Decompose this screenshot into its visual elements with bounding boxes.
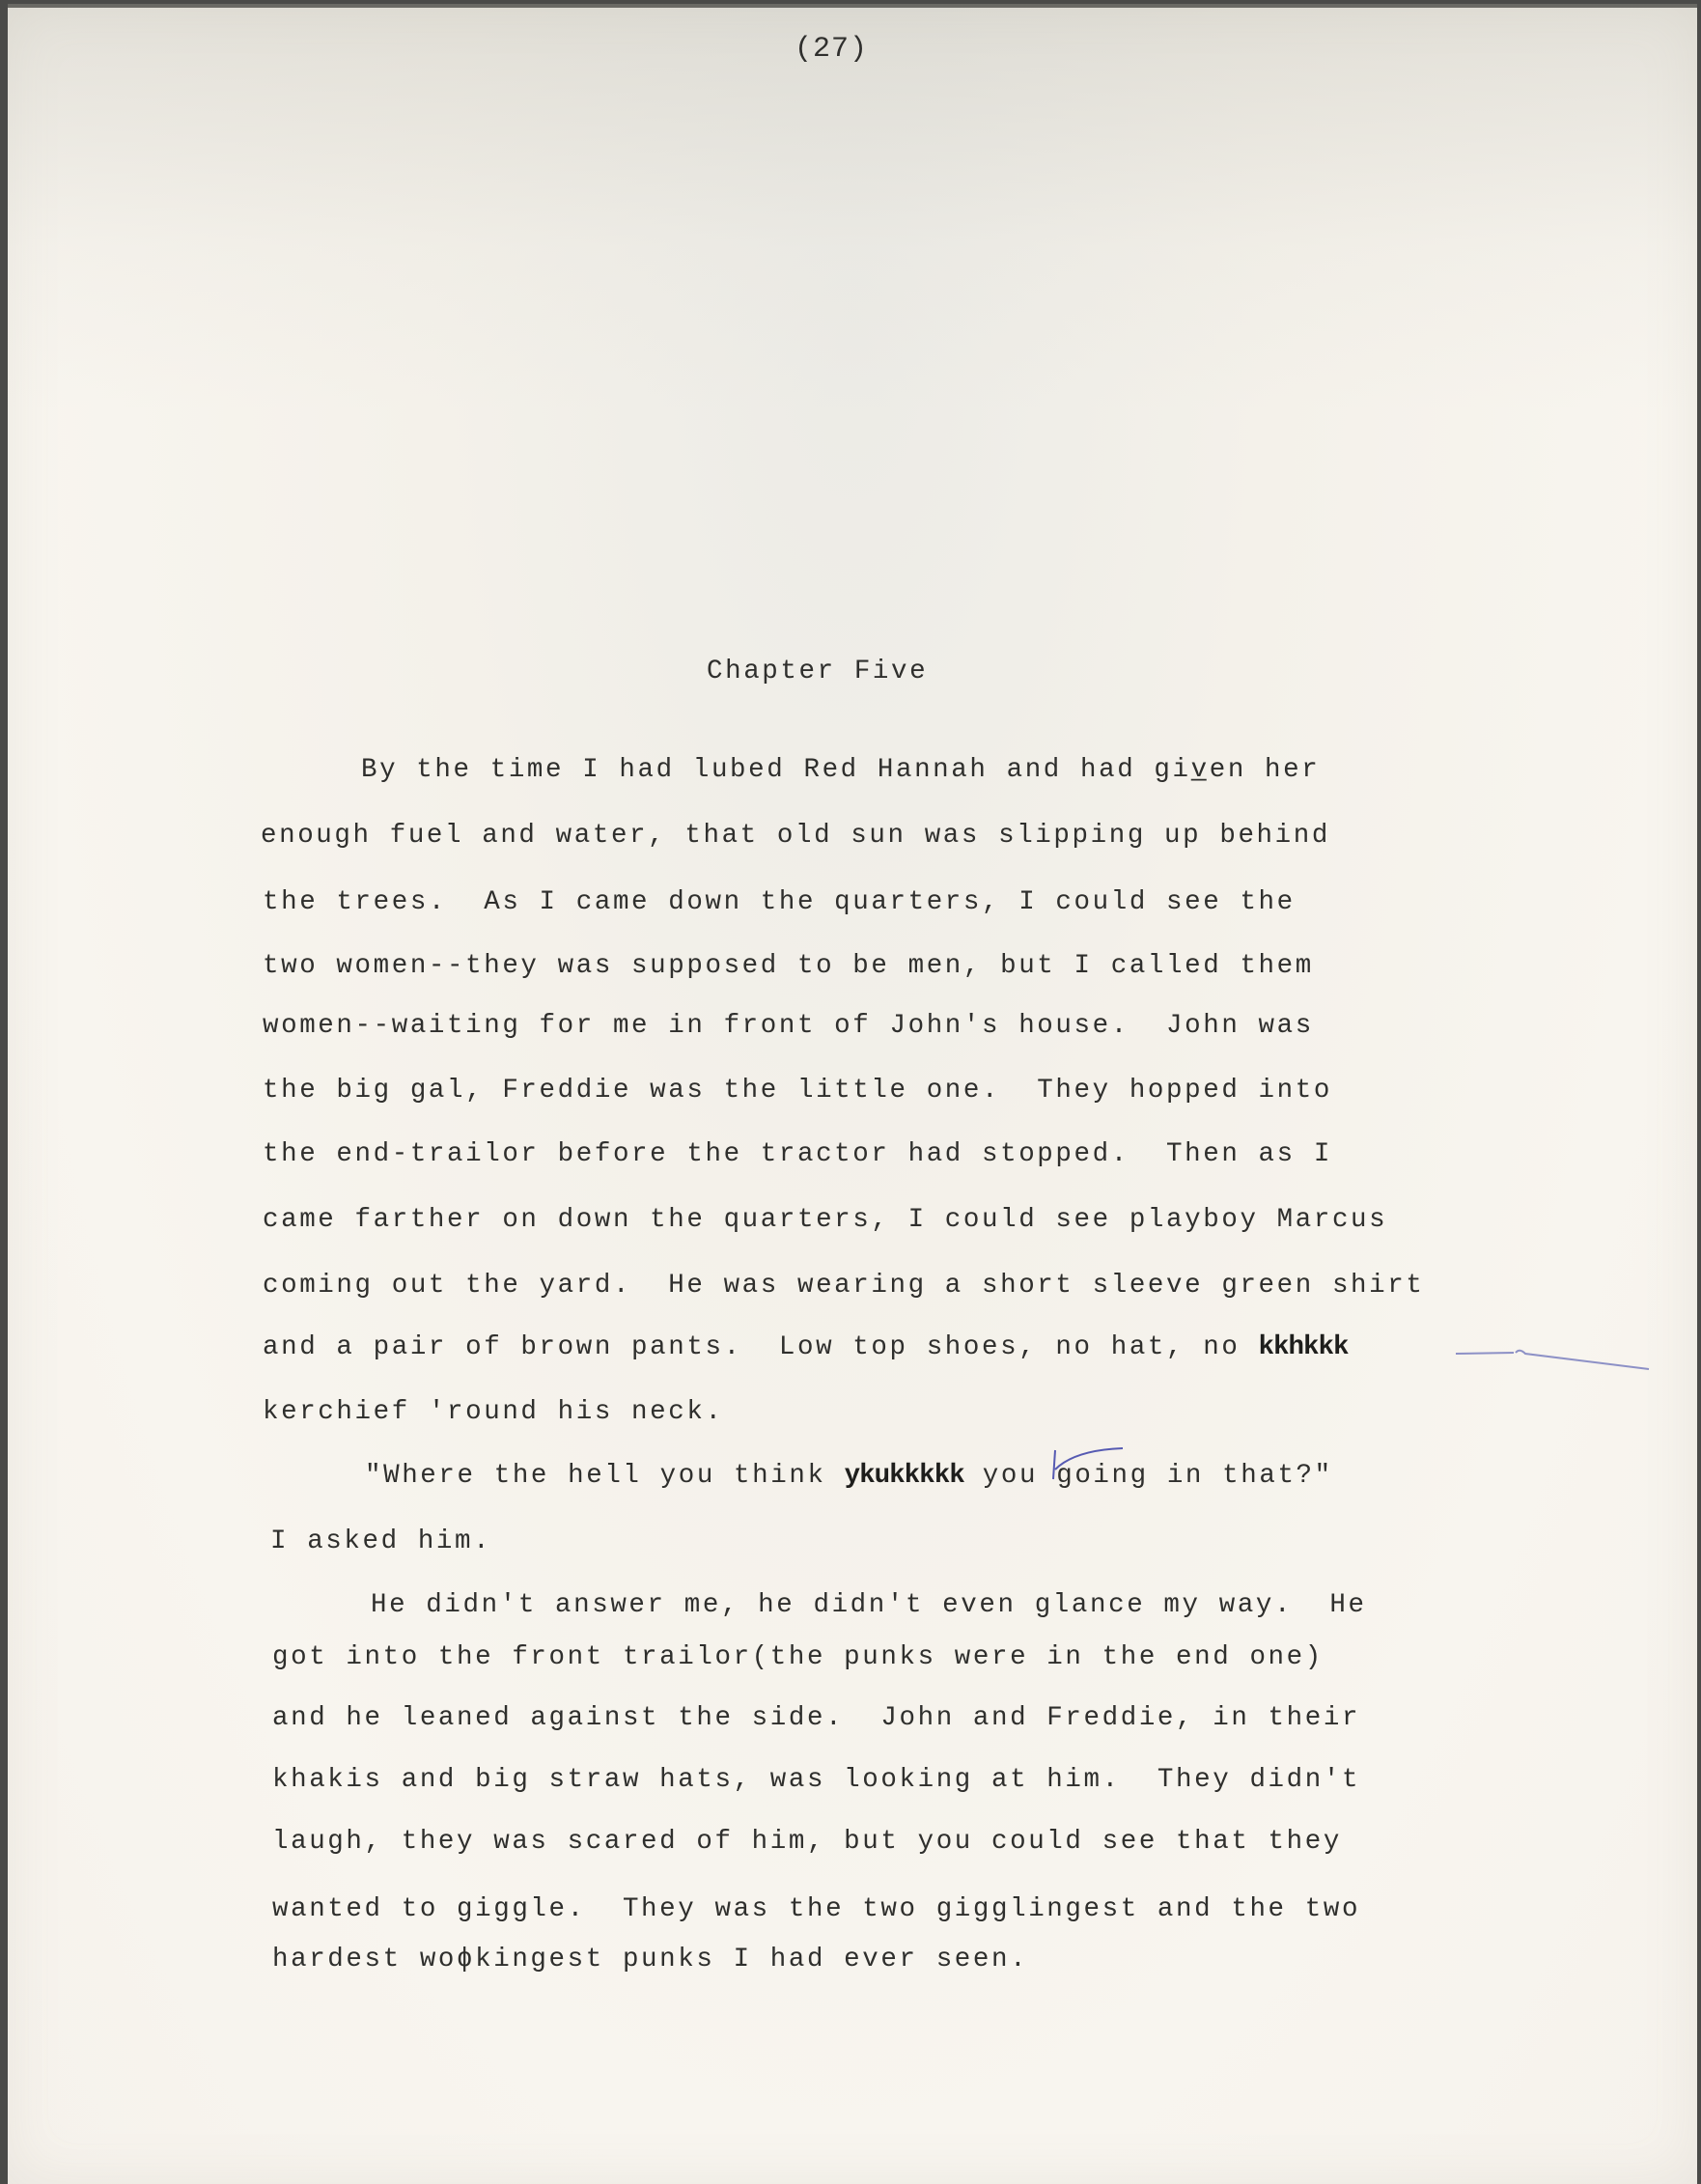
text-line: wanted to giggle. They was the two giggl…	[272, 1894, 1360, 1924]
text-line: hardest woɸkingest punks I had ever seen…	[272, 1945, 1028, 1974]
text-line: women--waiting for me in front of John's…	[263, 1011, 1314, 1041]
struck-out-text: ykukkkkk	[845, 1461, 964, 1491]
text-line: coming out the yard. He was wearing a sh…	[263, 1271, 1424, 1301]
text-line: enough fuel and water, that old sun was …	[261, 821, 1330, 851]
line-text: "Where the hell you think	[365, 1461, 845, 1491]
line-text: you going in that?"	[964, 1461, 1333, 1491]
text-line: By the time I had lubed Red Hannah and h…	[361, 755, 1320, 785]
text-line: the trees. As I came down the quarters, …	[263, 887, 1296, 917]
line-text: and a pair of brown pants. Low top shoes…	[263, 1332, 1259, 1362]
page-number: (27)	[795, 33, 868, 66]
text-line: He didn't answer me, he didn't even glan…	[371, 1590, 1367, 1620]
page-top-edge	[8, 4, 1697, 8]
manuscript-page: (27) Chapter Five By the time I had lube…	[8, 4, 1697, 2184]
text-line: laugh, they was scared of him, but you c…	[272, 1827, 1342, 1857]
text-line: the end-trailor before the tractor had s…	[263, 1139, 1332, 1169]
text-line: and a pair of brown pants. Low top shoes…	[263, 1332, 1349, 1362]
struck-out-text: kkhkkk	[1259, 1332, 1349, 1362]
text-line: and he leaned against the side. John and…	[272, 1703, 1360, 1733]
text-line: came farther on down the quarters, I cou…	[263, 1205, 1387, 1235]
text-line: the big gal, Freddie was the little one.…	[263, 1076, 1332, 1106]
text-line: kerchief 'round his neck.	[263, 1397, 724, 1427]
chapter-title: Chapter Five	[707, 657, 928, 686]
text-line: khakis and big straw hats, was looking a…	[272, 1765, 1360, 1795]
text-line: "Where the hell you think ykukkkkk you g…	[365, 1461, 1333, 1491]
text-line: I asked him.	[270, 1526, 491, 1556]
pen-deletion-line	[1456, 1336, 1668, 1385]
text-line: two women--they was supposed to be men, …	[263, 951, 1314, 981]
text-line: got into the front trailor(the punks wer…	[272, 1642, 1324, 1672]
